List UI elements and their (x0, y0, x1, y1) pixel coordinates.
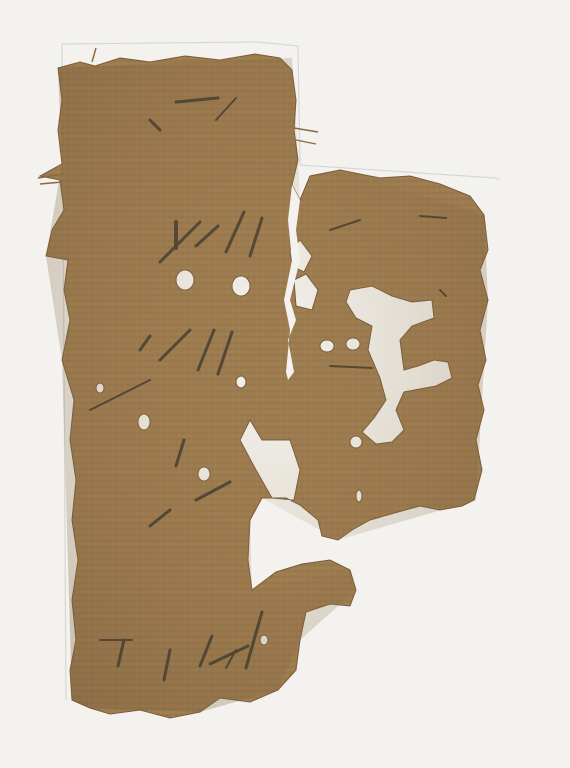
photo-stage (0, 0, 570, 768)
papyrus-photo (0, 0, 570, 768)
papyrus-fragment (40, 54, 488, 718)
